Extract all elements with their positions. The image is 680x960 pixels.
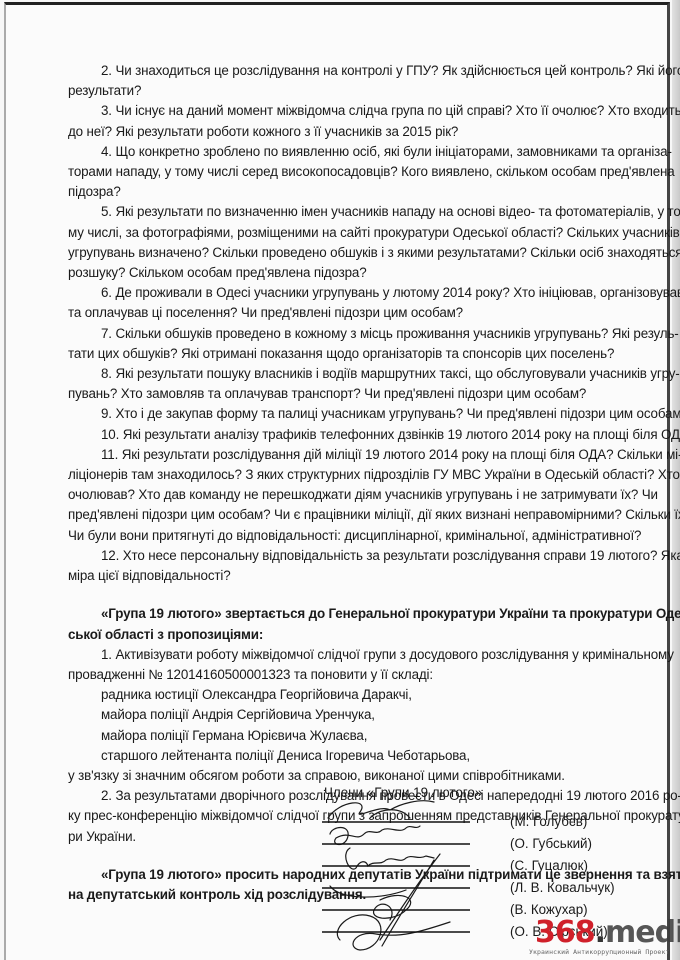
question-paragraph: 10. Які результати аналізу трафиків теле… <box>101 426 649 444</box>
investigator-name: радника юстиції Олександра Георгійовича … <box>101 686 412 704</box>
question-paragraph: підозра? <box>68 183 649 201</box>
question-paragraph: до неї? Які результати роботи кожного з … <box>68 123 649 141</box>
investigator-name: майора поліції Германа Юрієвича Жулаєва, <box>101 727 367 745</box>
question-paragraph: Чи були вони притягнуті до відповідально… <box>68 527 649 545</box>
question-paragraph: 4. Що конкретно зроблено по виявленню ос… <box>101 143 649 161</box>
proposal-1-paragraph: провадженні № 12014160500001323 та понов… <box>68 666 649 684</box>
question-paragraph: 9. Хто і де закупав форму та палиці учас… <box>101 405 649 423</box>
appeal-prosecutors-paragraph: ської області з пропозиціями: <box>68 626 649 644</box>
watermark-subtitle: Украинский Антикоррупционный Проект <box>529 948 669 956</box>
question-paragraph: торами нападу, у тому числі серед високо… <box>68 163 649 181</box>
question-paragraph: тати цих обшуків? Які отримані показання… <box>68 345 649 363</box>
member-name: (С. Гуцалюк) <box>510 858 588 873</box>
watermark-logo-text: 368.media <box>535 918 680 948</box>
question-paragraph: 5. Які результати по визначенню імен уча… <box>101 203 649 221</box>
question-paragraph: 2. Чи знаходиться це розслідування на ко… <box>101 62 649 80</box>
member-name: (Л. В. Ковальчук) <box>510 880 615 895</box>
question-paragraph: му числі, за фотографіями, розміщеними н… <box>68 224 649 242</box>
question-paragraph: ліціонерів там знаходилось? З яких струк… <box>68 466 649 484</box>
question-paragraph: 8. Які результати пошуку власників і вод… <box>101 365 649 383</box>
investigator-name: майора поліції Андрія Сергійовича Уренчу… <box>101 706 375 724</box>
question-paragraph: 12. Хто несе персональну відповідальніст… <box>101 547 649 565</box>
question-paragraph: 11. Які результати розслідування дій міл… <box>101 446 649 464</box>
question-paragraph: 3. Чи існує на даний момент міжвідомча с… <box>101 102 649 120</box>
proposal-1-paragraph: 1. Активізувати роботу міжвідомчої слідч… <box>101 646 649 664</box>
question-paragraph: очолював? Хто дав команду не перешкоджат… <box>68 486 649 504</box>
question-paragraph: пувань? Хто замовляв та оплачував трансп… <box>68 385 649 403</box>
investigator-name: старшого лейтенанта поліції Дениса Ігоре… <box>101 747 470 765</box>
member-name: (О. Губський) <box>510 836 592 851</box>
question-paragraph: міра цієї відповідальності? <box>68 567 649 585</box>
question-paragraph: угрупувань визначено? Скільки проведено … <box>68 244 649 262</box>
question-paragraph: 7. Скільки обшуків проведено в кожному з… <box>101 325 649 343</box>
question-paragraph: результати? <box>68 82 649 100</box>
proposal-1-tail: у зв'язку зі значним обсягом роботи за с… <box>68 767 649 785</box>
watermark-logo: 368.media Украинский Антикоррупционный П… <box>535 918 677 958</box>
member-name: (М. Голубєв) <box>510 814 587 829</box>
question-paragraph: розшуку? Скільком особам пред'явлена під… <box>68 264 649 282</box>
question-paragraph: пред'явлені підозри цим особам? Чи є пра… <box>68 506 649 524</box>
question-paragraph: та оплачував ці поселення? Чи пред'явлен… <box>68 304 649 322</box>
handwritten-signatures <box>310 790 490 960</box>
appeal-prosecutors-paragraph: «Група 19 лютого» звертається до Генерал… <box>101 605 649 623</box>
question-paragraph: 6. Де проживали в Одесі учасники угрупув… <box>101 284 649 302</box>
